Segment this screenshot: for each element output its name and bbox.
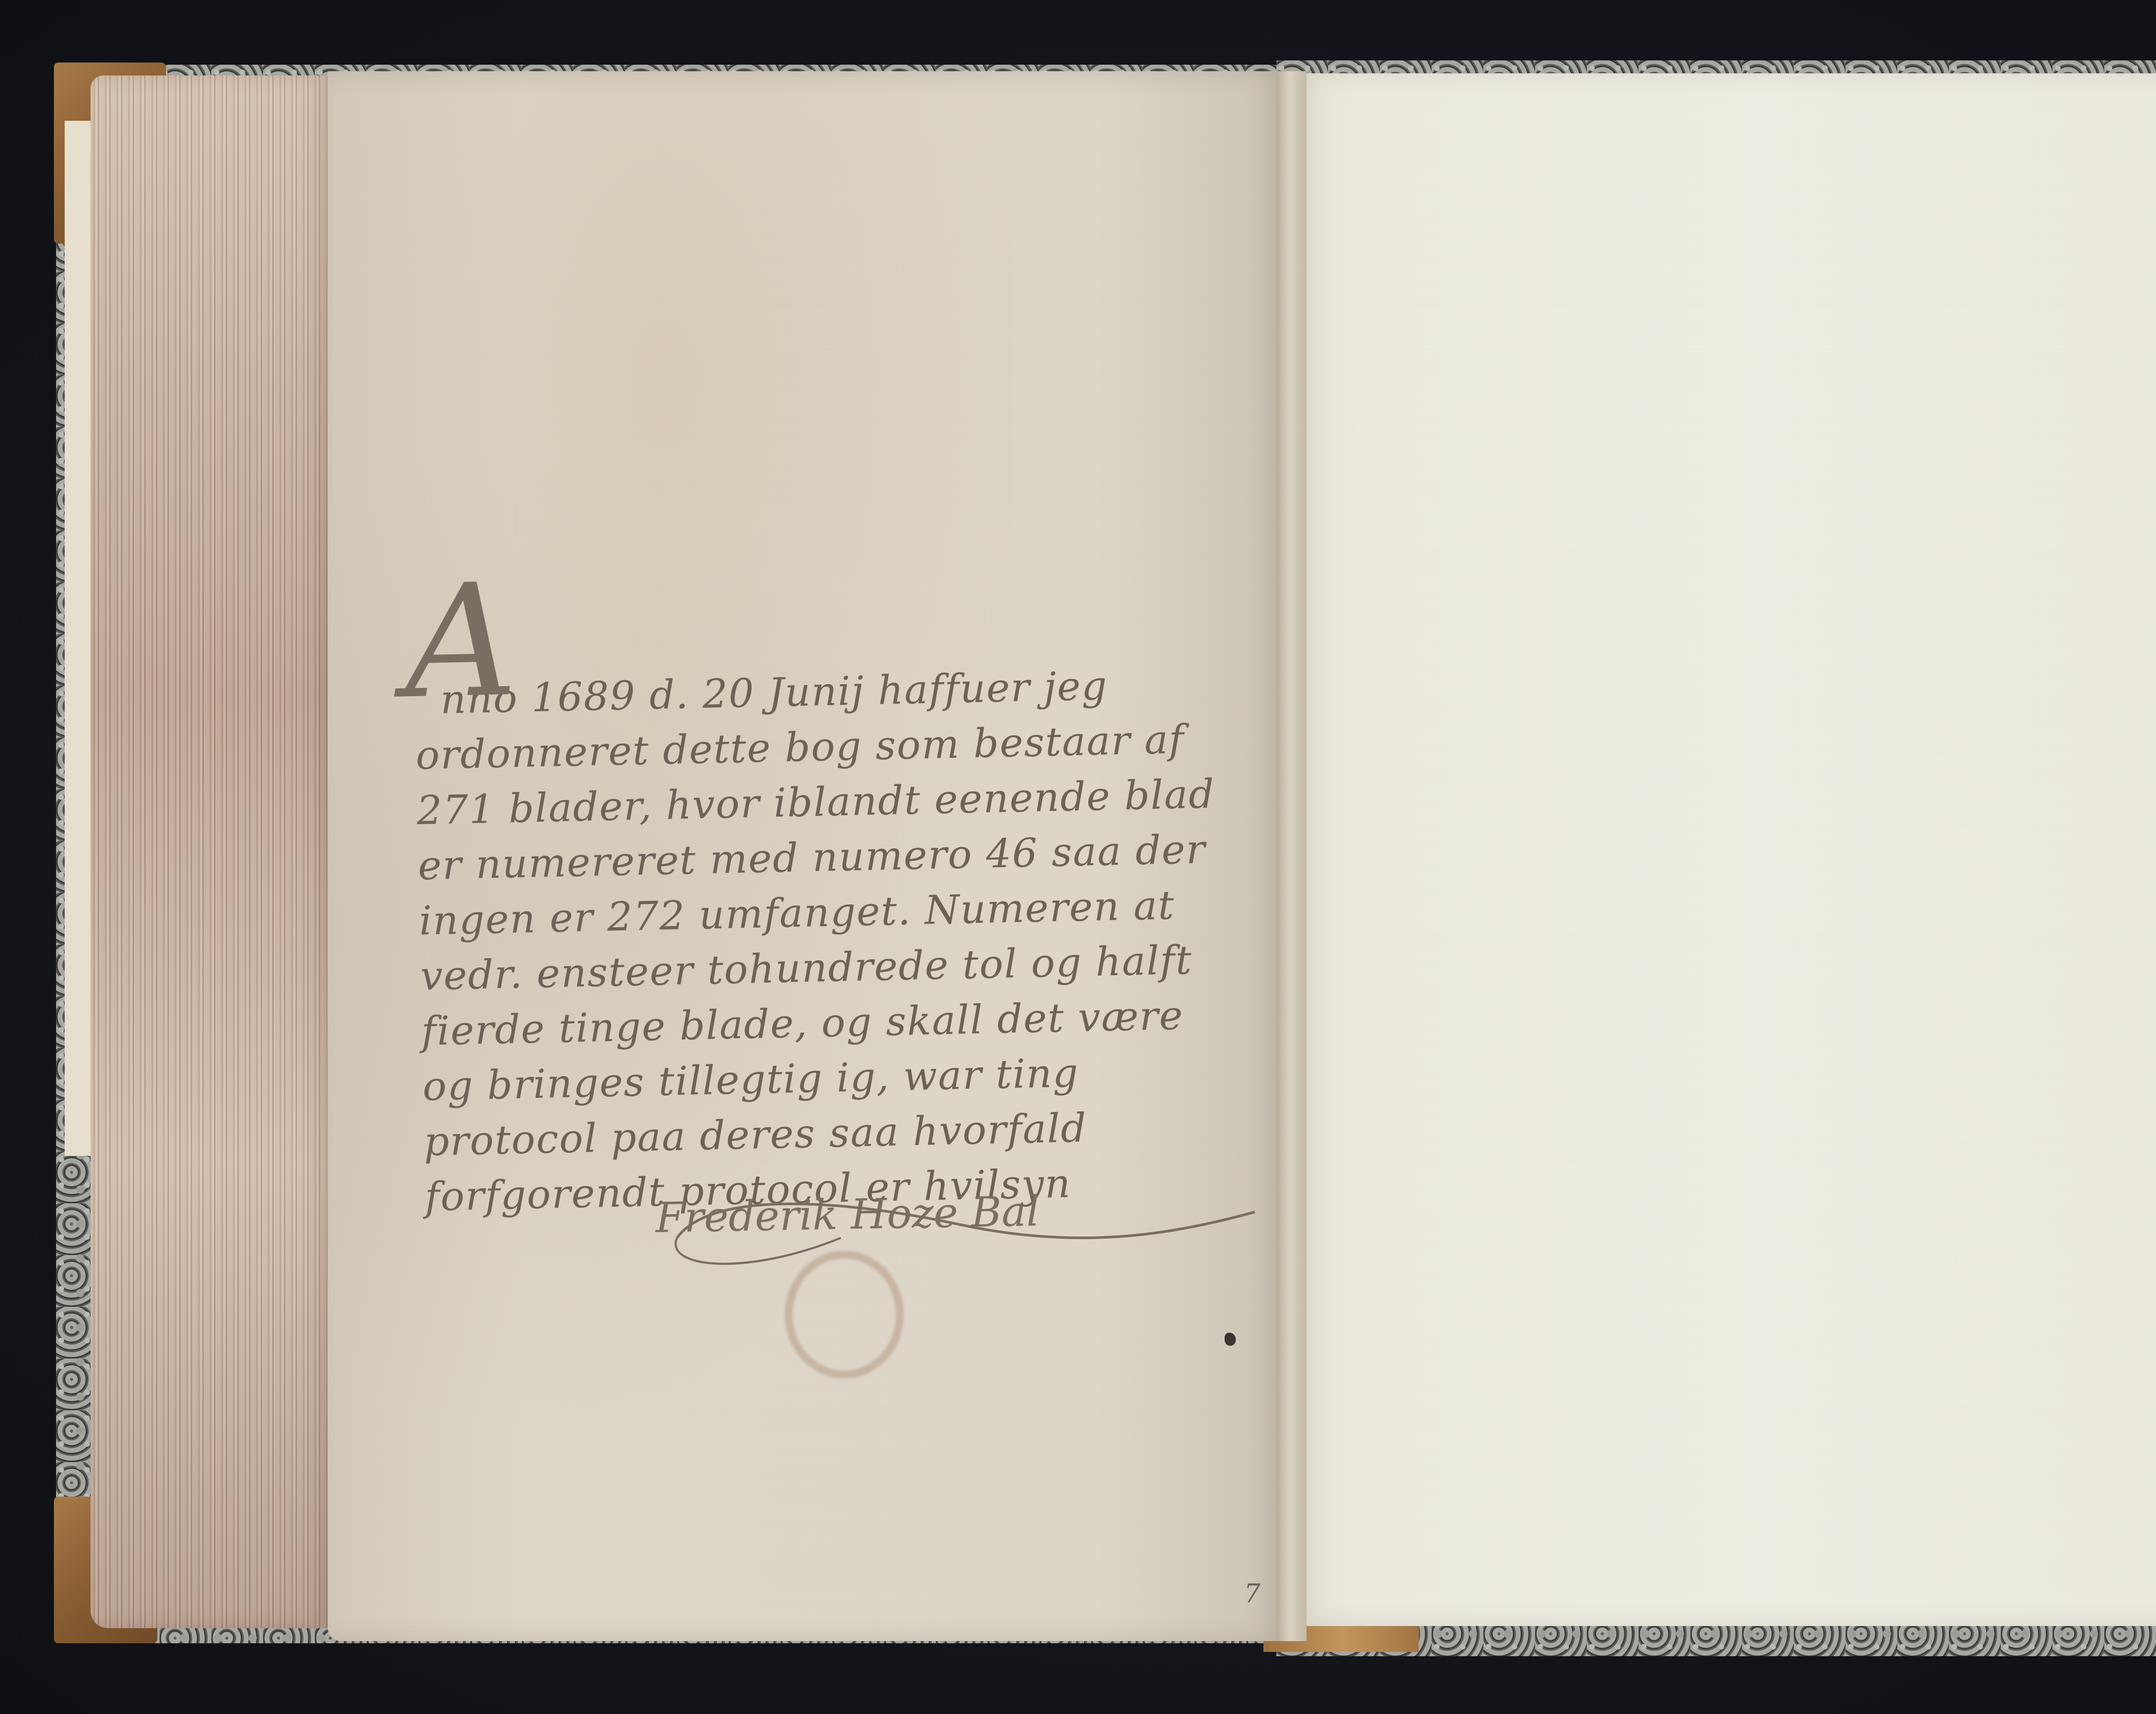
- decorative-initial: A: [403, 563, 519, 720]
- book-gutter: [1276, 71, 1307, 1641]
- handwritten-note: A nno 1689 d. 20 Junij haffuer jeg ordon…: [414, 655, 1288, 1225]
- right-page-blank: [1289, 73, 2156, 1626]
- signature: Frederik Hoze Bal: [655, 1187, 1040, 1242]
- folio-number: 7: [1244, 1579, 1260, 1609]
- flyleaf-strip: [65, 121, 91, 1156]
- ink-blot: [1225, 1333, 1236, 1346]
- page-edge-block: [91, 75, 332, 1628]
